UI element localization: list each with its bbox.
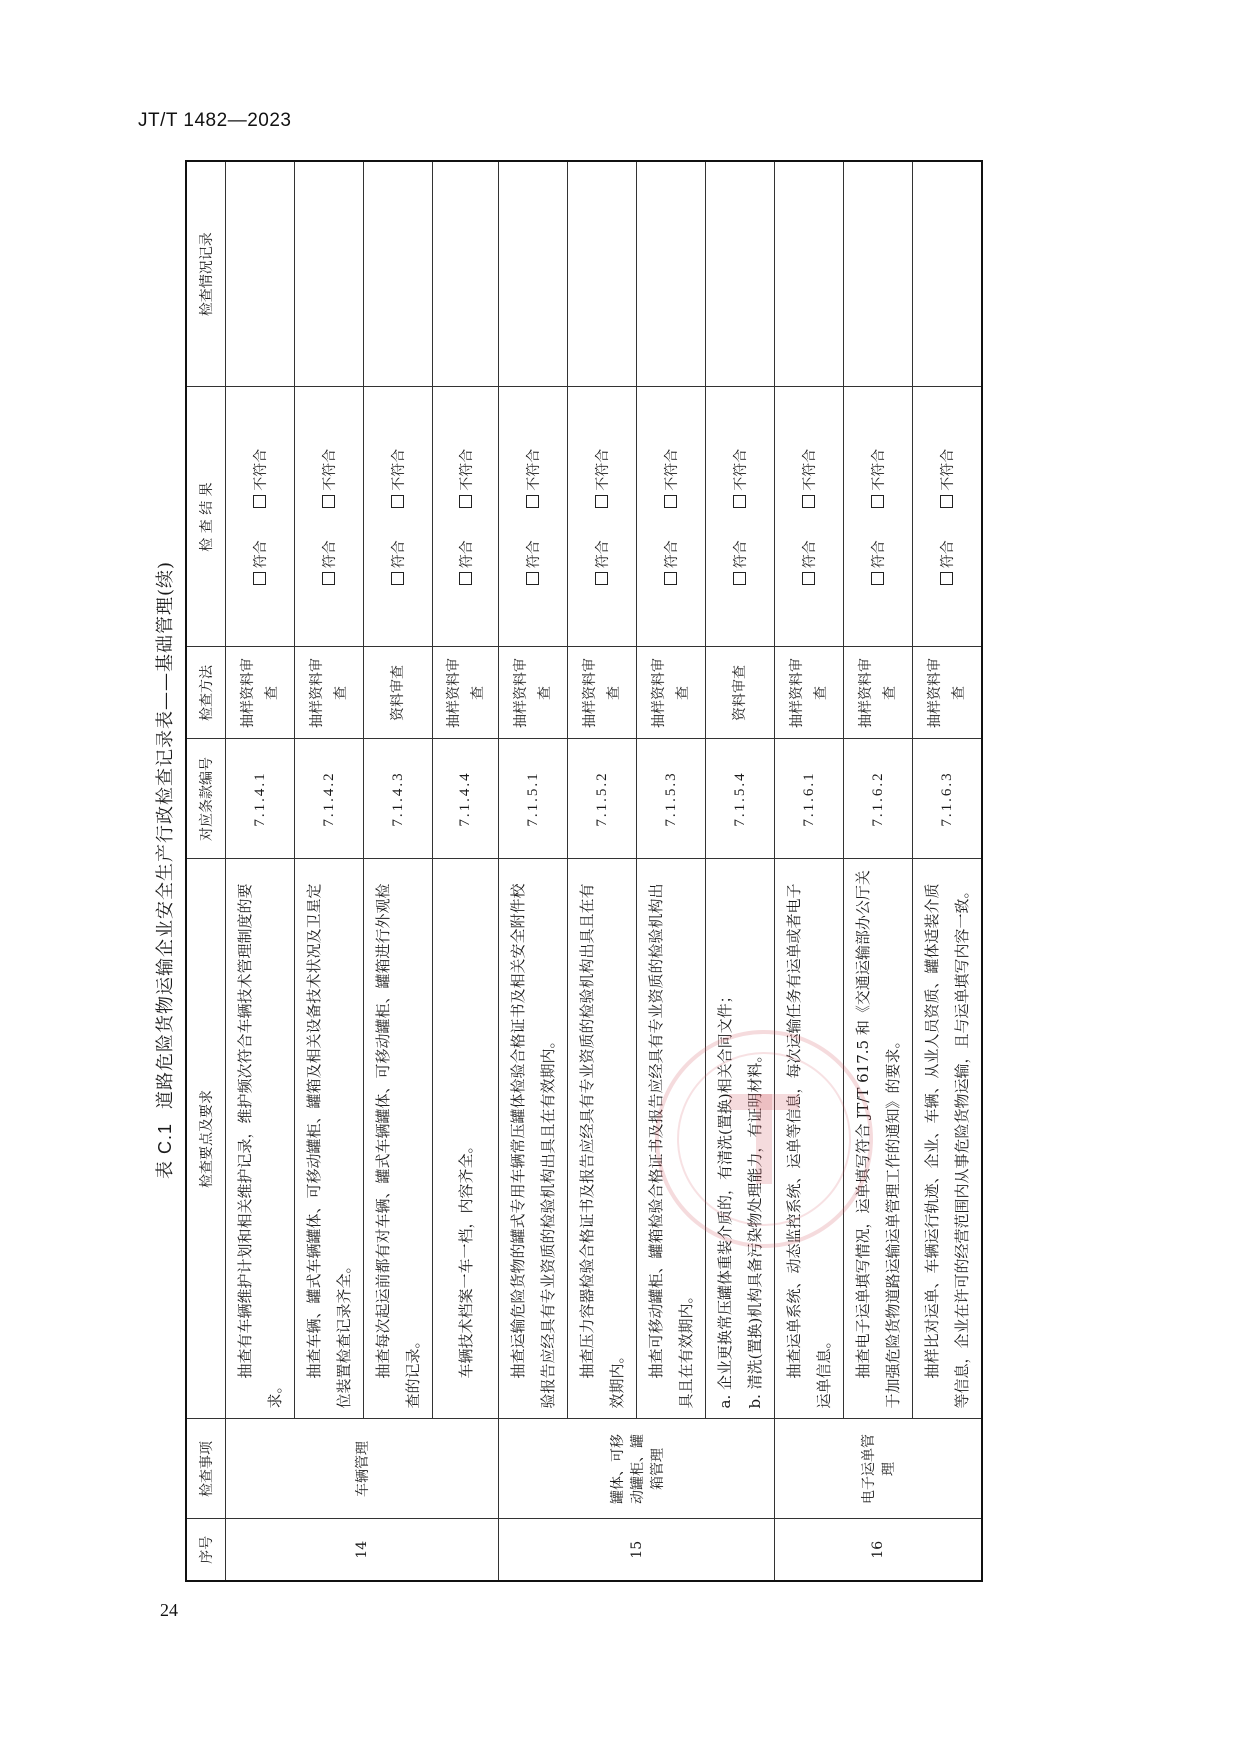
- result-fail-option[interactable]: 不符合: [391, 449, 407, 508]
- cell-requirement: 抽查每次起运前都有对车辆、罐式车辆罐体、可移动罐柜、罐箱进行外观检查的记录。: [364, 859, 433, 1419]
- checkbox-icon[interactable]: [322, 495, 335, 508]
- checkbox-icon[interactable]: [733, 495, 746, 508]
- checkbox-icon[interactable]: [391, 495, 404, 508]
- page-number: 24: [160, 1600, 178, 1621]
- checkbox-icon[interactable]: [526, 495, 539, 508]
- table-row: 抽查可移动罐柜、罐箱检验合格证书及报告应经具有专业资质的检验机构出具且在有效期内…: [637, 161, 706, 1581]
- requirement-text: 车辆技术档案一车一档，内容齐全。: [457, 1138, 475, 1378]
- standard-code: JT/T 1482—2023: [138, 110, 291, 132]
- result-pass-option[interactable]: 符合: [391, 540, 407, 585]
- checkbox-icon[interactable]: [595, 495, 608, 508]
- cell-result: 符合 不符合: [775, 387, 844, 647]
- cell-requirement: a. 企业更换常压罐体重装介质的，有清洗(置换)相关合同文件；b. 清洗(置换)…: [706, 859, 775, 1419]
- checkbox-icon[interactable]: [322, 572, 335, 585]
- cell-requirement: 抽查有车辆维护计划和相关维护记录，维护频次符合车辆技术管理制度的要求。: [226, 859, 295, 1419]
- table-row: a. 企业更换常压罐体重装介质的，有清洗(置换)相关合同文件；b. 清洗(置换)…: [706, 161, 775, 1581]
- checkbox-icon[interactable]: [940, 572, 953, 585]
- cell-result: 符合 不符合: [226, 387, 295, 647]
- checkbox-icon[interactable]: [802, 572, 815, 585]
- table-row: 抽查车辆、罐式车辆罐体、可移动罐柜、罐箱及相关设备技术状况及卫星定位装置检查记录…: [295, 161, 364, 1581]
- cell-notes[interactable]: [568, 161, 637, 387]
- checkbox-icon[interactable]: [253, 495, 266, 508]
- checkbox-icon[interactable]: [253, 572, 266, 585]
- result-fail-option[interactable]: 不符合: [802, 449, 818, 508]
- checkbox-icon[interactable]: [526, 572, 539, 585]
- cell-method: 抽样资料审查: [775, 647, 844, 739]
- cell-clause: 7.1.5.1: [499, 739, 568, 859]
- checkbox-icon[interactable]: [664, 572, 677, 585]
- table-row: 抽查电子运单填写情况，运单填写符合 JT/T 617.5 和《交通运输部办公厅关…: [844, 161, 913, 1581]
- result-pass-option[interactable]: 符合: [940, 540, 956, 585]
- result-fail-option[interactable]: 不符合: [459, 449, 475, 508]
- table-row: 抽查每次起运前都有对车辆、罐式车辆罐体、可移动罐柜、罐箱进行外观检查的记录。7.…: [364, 161, 433, 1581]
- table-number: 表 C.1: [155, 1123, 175, 1179]
- cell-item: 电子运单管理: [775, 1419, 983, 1519]
- result-fail-option[interactable]: 不符合: [664, 449, 680, 508]
- rotated-table-page: 表 C.1道路危险货物运输企业安全生产行政检查记录表——基础管理(续) 序号 检…: [145, 150, 945, 1590]
- cell-clause: 7.1.6.3: [913, 739, 983, 859]
- cell-method: 资料审查: [706, 647, 775, 739]
- cell-notes[interactable]: [433, 161, 499, 387]
- result-fail-option[interactable]: 不符合: [322, 449, 338, 508]
- cell-clause: 7.1.5.3: [637, 739, 706, 859]
- cell-clause: 7.1.4.2: [295, 739, 364, 859]
- cell-result: 符合 不符合: [568, 387, 637, 647]
- requirement-text: 抽查运输危险货物的罐式专用车辆常压罐体检验合格证书及相关安全附件校验报告应经具有…: [509, 883, 557, 1408]
- cell-result: 符合 不符合: [637, 387, 706, 647]
- checkbox-icon[interactable]: [664, 495, 677, 508]
- cell-requirement: 车辆技术档案一车一档，内容齐全。: [433, 859, 499, 1419]
- checkbox-icon[interactable]: [459, 572, 472, 585]
- cell-notes[interactable]: [775, 161, 844, 387]
- result-fail-option[interactable]: 不符合: [940, 449, 956, 508]
- result-pass-option[interactable]: 符合: [733, 540, 749, 585]
- checkbox-icon[interactable]: [733, 572, 746, 585]
- cell-clause: 7.1.4.1: [226, 739, 295, 859]
- cell-clause: 7.1.6.2: [844, 739, 913, 859]
- cell-method: 抽样资料审查: [295, 647, 364, 739]
- cell-notes[interactable]: [844, 161, 913, 387]
- result-fail-option[interactable]: 不符合: [871, 449, 887, 508]
- result-pass-option[interactable]: 符合: [664, 540, 680, 585]
- cell-method: 抽样资料审查: [913, 647, 983, 739]
- col-header-method: 检查方法: [186, 647, 226, 739]
- cell-notes[interactable]: [499, 161, 568, 387]
- cell-method: 抽样资料审查: [499, 647, 568, 739]
- cell-clause: 7.1.6.1: [775, 739, 844, 859]
- result-fail-option[interactable]: 不符合: [595, 449, 611, 508]
- cell-result: 符合 不符合: [706, 387, 775, 647]
- requirement-text: 抽查电子运单填写情况，运单填写符合 JT/T 617.5 和《交通运输部办公厅关…: [854, 870, 902, 1408]
- table-row: 车辆技术档案一车一档，内容齐全。7.1.4.4抽样资料审查 符合 不符合: [433, 161, 499, 1581]
- result-fail-option[interactable]: 不符合: [253, 449, 269, 508]
- table-row: 16电子运单管理抽查运单系统、动态监控系统、运单等信息，每次运输任务有运单或者电…: [775, 161, 844, 1581]
- cell-requirement: 抽查运单系统、动态监控系统、运单等信息，每次运输任务有运单或者电子运单信息。: [775, 859, 844, 1419]
- requirement-text: 抽查每次起运前都有对车辆、罐式车辆罐体、可移动罐柜、罐箱进行外观检查的记录。: [374, 883, 422, 1408]
- result-pass-option[interactable]: 符合: [459, 540, 475, 585]
- cell-seq: 15: [499, 1519, 775, 1581]
- col-header-requirement: 检查要点及要求: [186, 859, 226, 1419]
- table-caption: 表 C.1道路危险货物运输企业安全生产行政检查记录表——基础管理(续): [145, 150, 185, 1590]
- cell-seq: 14: [226, 1519, 499, 1581]
- checkbox-icon[interactable]: [391, 572, 404, 585]
- requirement-text: b. 清洗(置换)机构具备污染物处理能力，有证明材料。: [740, 870, 770, 1409]
- requirement-text: 抽查车辆、罐式车辆罐体、可移动罐柜、罐箱及相关设备技术状况及卫星定位装置检查记录…: [305, 883, 353, 1408]
- result-fail-option[interactable]: 不符合: [733, 449, 749, 508]
- table-row: 14车辆管理抽查有车辆维护计划和相关维护记录，维护频次符合车辆技术管理制度的要求…: [226, 161, 295, 1581]
- result-pass-option[interactable]: 符合: [322, 540, 338, 585]
- table-body: 14车辆管理抽查有车辆维护计划和相关维护记录，维护频次符合车辆技术管理制度的要求…: [226, 161, 983, 1581]
- requirement-text: a. 企业更换常压罐体重装介质的，有清洗(置换)相关合同文件；: [710, 870, 740, 1409]
- inspection-record-table: 序号 检查事项 检查要点及要求 对应条款编号 检查方法 检 查 结 果 检查情况…: [185, 160, 983, 1582]
- col-header-result: 检 查 结 果: [186, 387, 226, 647]
- result-pass-option[interactable]: 符合: [595, 540, 611, 585]
- cell-item: 罐体、可移动罐柜、罐箱管理: [499, 1419, 775, 1519]
- cell-notes[interactable]: [637, 161, 706, 387]
- result-pass-option[interactable]: 符合: [253, 540, 269, 585]
- requirement-text: 抽查运单系统、动态监控系统、运单等信息，每次运输任务有运单或者电子运单信息。: [785, 883, 833, 1408]
- cell-seq: 16: [775, 1519, 983, 1581]
- checkbox-icon[interactable]: [871, 495, 884, 508]
- cell-clause: 7.1.5.2: [568, 739, 637, 859]
- cell-method: 资料审查: [364, 647, 433, 739]
- table-header-row: 序号 检查事项 检查要点及要求 对应条款编号 检查方法 检 查 结 果 检查情况…: [186, 161, 226, 1581]
- cell-result: 符合 不符合: [295, 387, 364, 647]
- cell-requirement: 抽查运输危险货物的罐式专用车辆常压罐体检验合格证书及相关安全附件校验报告应经具有…: [499, 859, 568, 1419]
- table-row: 15罐体、可移动罐柜、罐箱管理抽查运输危险货物的罐式专用车辆常压罐体检验合格证书…: [499, 161, 568, 1581]
- table-row: 抽查压力容器检验合格证书及报告应经具有专业资质的检验机构出具且在有效期内。7.1…: [568, 161, 637, 1581]
- table-title: 道路危险货物运输企业安全生产行政检查记录表——基础管理(续): [155, 561, 176, 1109]
- cell-method: 抽样资料审查: [433, 647, 499, 739]
- requirement-text: 抽样比对运单、车辆运行轨迹、企业、车辆、从业人员资质、罐体适装介质等信息，企业在…: [923, 883, 971, 1408]
- col-header-clause: 对应条款编号: [186, 739, 226, 859]
- col-header-item: 检查事项: [186, 1419, 226, 1519]
- cell-requirement: 抽查压力容器检验合格证书及报告应经具有专业资质的检验机构出具且在有效期内。: [568, 859, 637, 1419]
- cell-result: 符合 不符合: [844, 387, 913, 647]
- col-header-seq: 序号: [186, 1519, 226, 1581]
- col-header-notes: 检查情况记录: [186, 161, 226, 387]
- cell-clause: 7.1.4.4: [433, 739, 499, 859]
- result-fail-option[interactable]: 不符合: [526, 449, 542, 508]
- cell-clause: 7.1.5.4: [706, 739, 775, 859]
- table-row: 抽样比对运单、车辆运行轨迹、企业、车辆、从业人员资质、罐体适装介质等信息，企业在…: [913, 161, 983, 1581]
- cell-notes[interactable]: [364, 161, 433, 387]
- result-pass-option[interactable]: 符合: [871, 540, 887, 585]
- cell-result: 符合 不符合: [433, 387, 499, 647]
- cell-requirement: 抽查电子运单填写情况，运单填写符合 JT/T 617.5 和《交通运输部办公厅关…: [844, 859, 913, 1419]
- checkbox-icon[interactable]: [871, 572, 884, 585]
- cell-method: 抽样资料审查: [568, 647, 637, 739]
- checkbox-icon[interactable]: [595, 572, 608, 585]
- cell-result: 符合 不符合: [499, 387, 568, 647]
- requirement-text: 抽查压力容器检验合格证书及报告应经具有专业资质的检验机构出具且在有效期内。: [578, 883, 626, 1408]
- result-pass-option[interactable]: 符合: [526, 540, 542, 585]
- cell-method: 抽样资料审查: [637, 647, 706, 739]
- requirement-text: 抽查有车辆维护计划和相关维护记录，维护频次符合车辆技术管理制度的要求。: [236, 883, 284, 1408]
- cell-item: 车辆管理: [226, 1419, 499, 1519]
- cell-result: 符合 不符合: [913, 387, 983, 647]
- cell-result: 符合 不符合: [364, 387, 433, 647]
- cell-notes[interactable]: [706, 161, 775, 387]
- cell-method: 抽样资料审查: [226, 647, 295, 739]
- cell-notes[interactable]: [295, 161, 364, 387]
- cell-requirement: 抽查可移动罐柜、罐箱检验合格证书及报告应经具有专业资质的检验机构出具且在有效期内…: [637, 859, 706, 1419]
- checkbox-icon[interactable]: [940, 495, 953, 508]
- cell-requirement: 抽查车辆、罐式车辆罐体、可移动罐柜、罐箱及相关设备技术状况及卫星定位装置检查记录…: [295, 859, 364, 1419]
- requirement-text: 抽查可移动罐柜、罐箱检验合格证书及报告应经具有专业资质的检验机构出具且在有效期内…: [647, 883, 695, 1408]
- checkbox-icon[interactable]: [802, 495, 815, 508]
- cell-method: 抽样资料审查: [844, 647, 913, 739]
- result-pass-option[interactable]: 符合: [802, 540, 818, 585]
- cell-notes[interactable]: [913, 161, 983, 387]
- cell-clause: 7.1.4.3: [364, 739, 433, 859]
- cell-requirement: 抽样比对运单、车辆运行轨迹、企业、车辆、从业人员资质、罐体适装介质等信息，企业在…: [913, 859, 983, 1419]
- cell-notes[interactable]: [226, 161, 295, 387]
- checkbox-icon[interactable]: [459, 495, 472, 508]
